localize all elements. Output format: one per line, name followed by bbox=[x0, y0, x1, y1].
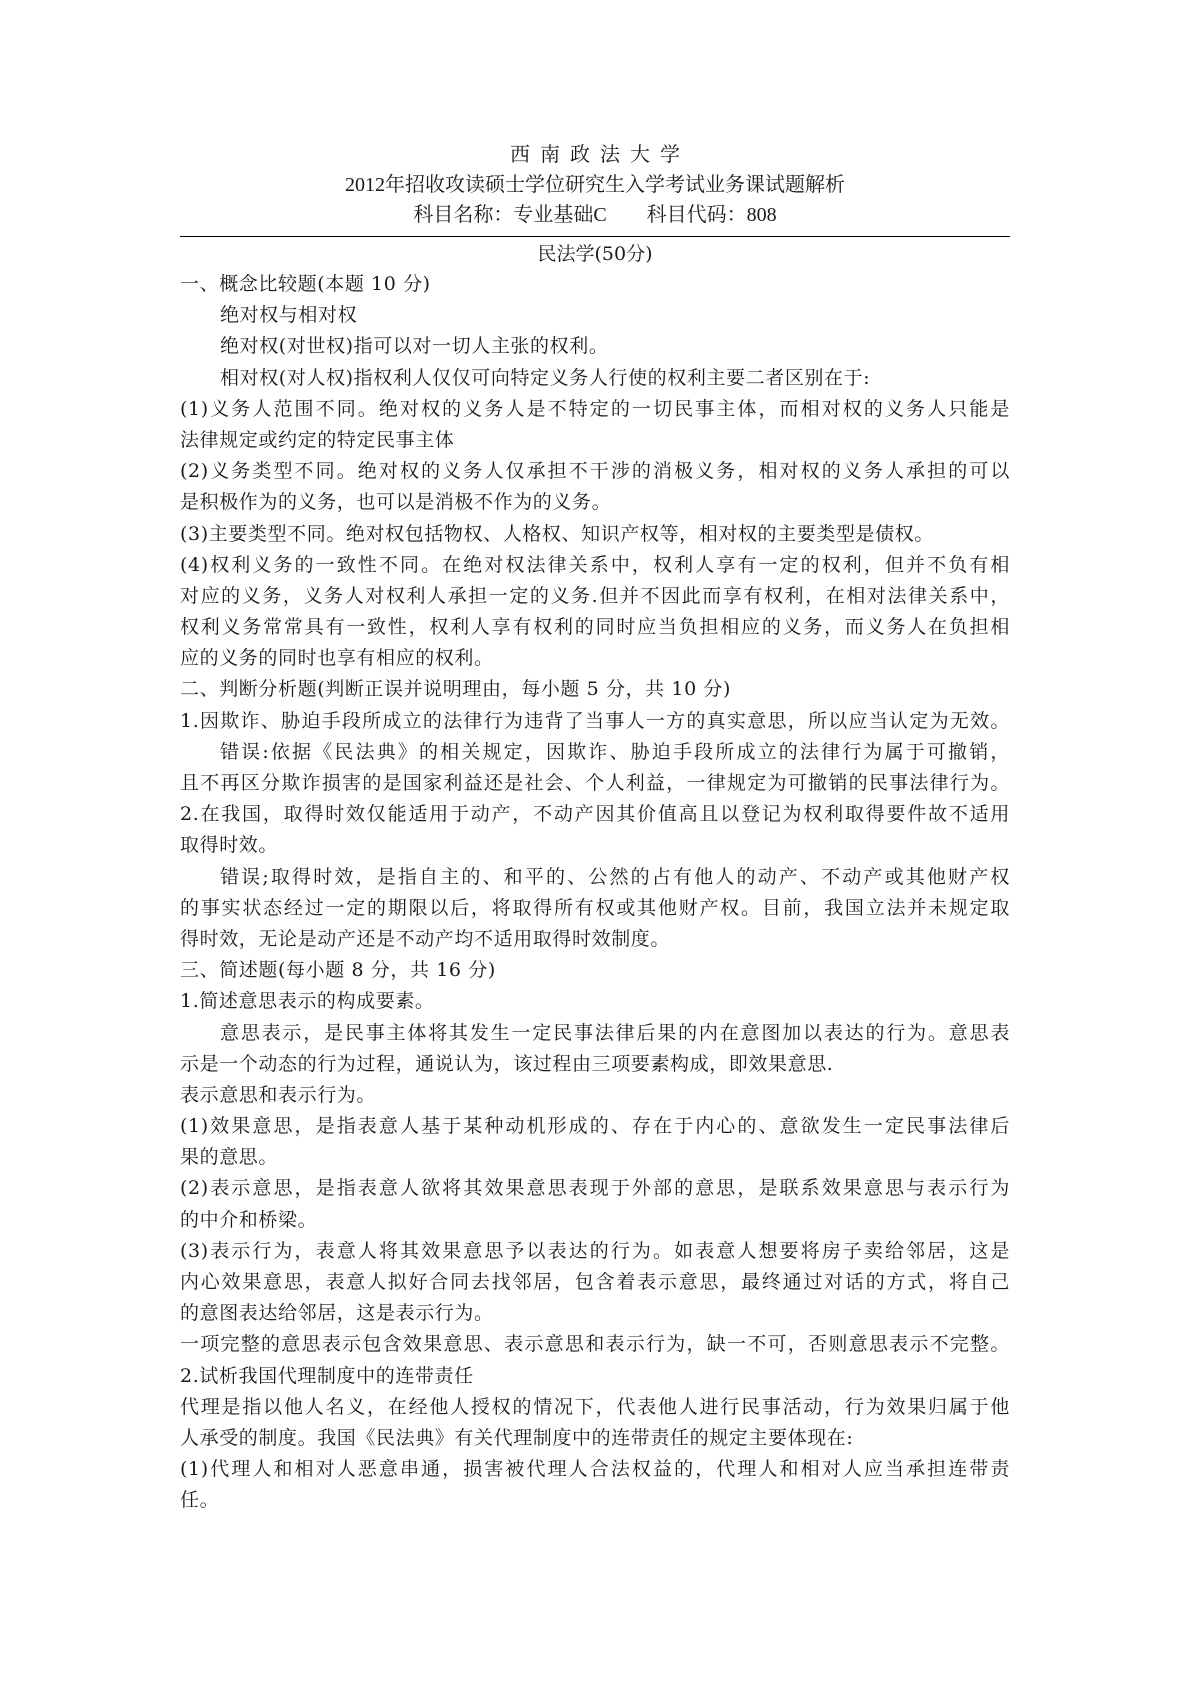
text-line: 一项完整的意思表示包含效果意思、表示意思和表示行为，缺一不可，否则意思表示不完整… bbox=[180, 1329, 1010, 1360]
text-line: 的中介和桥梁。 bbox=[180, 1205, 1010, 1236]
text-line: 错误:依据《民法典》的相关规定，因欺诈、胁迫手段所成立的法律行为属于可撤销， bbox=[180, 737, 1010, 768]
text-line: 1.简述意思表示的构成要素。 bbox=[180, 986, 1010, 1017]
document-page: 西南政法大学 2012年招收攻读硕士学位研究生入学考试业务课试题解析 科目名称：… bbox=[180, 140, 1010, 1517]
text-line: (4)权利义务的一致性不同。在绝对权法律关系中，权利人享有一定的权利，但并不负有… bbox=[180, 550, 1010, 581]
text-line: 相对权(对人权)指权利人仅仅可向特定义务人行使的权利主要二者区别在于: bbox=[180, 363, 1010, 394]
text-line: (1)义务人范围不同。绝对权的义务人是不特定的一切民事主体，而相对权的义务人只能… bbox=[180, 394, 1010, 425]
text-line: 一、概念比较题(本题 10 分) bbox=[180, 269, 1010, 300]
text-line: 绝对权与相对权 bbox=[180, 300, 1010, 331]
text-line: 二、判断分析题(判断正误并说明理由，每小题 5 分，共 10 分) bbox=[180, 674, 1010, 705]
text-line: 2.在我国，取得时效仅能适用于动产，不动产因其价值高且以登记为权利取得要件故不适… bbox=[180, 799, 1010, 830]
text-line: 人承受的制度。我国《民法典》有关代理制度中的连带责任的规定主要体现在: bbox=[180, 1423, 1010, 1454]
university-name: 西南政法大学 bbox=[180, 140, 1010, 170]
text-line: (2)义务类型不同。绝对权的义务人仅承担不干涉的消极义务，相对权的义务人承担的可… bbox=[180, 456, 1010, 487]
text-line: (1)代理人和相对人恶意串通，损害被代理人合法权益的，代理人和相对人应当承担连带… bbox=[180, 1454, 1010, 1485]
text-line: (3)表示行为，表意人将其效果意思予以表达的行为。如表意人想要将房子卖给邻居，这… bbox=[180, 1236, 1010, 1267]
text-line: 1.因欺诈、胁迫手段所成立的法律行为违背了当事人一方的真实意思，所以应当认定为无… bbox=[180, 706, 1010, 737]
text-line: 且不再区分欺诈损害的是国家利益还是社会、个人利益，一律规定为可撤销的民事法律行为… bbox=[180, 768, 1010, 799]
text-line: 果的意思。 bbox=[180, 1142, 1010, 1173]
subject-info: 科目名称：专业基础C科目代码：808 bbox=[180, 200, 1010, 230]
exam-title: 2012年招收攻读硕士学位研究生入学考试业务课试题解析 bbox=[180, 170, 1010, 200]
text-line: 是积极作为的义务，也可以是消极不作为的义务。 bbox=[180, 487, 1010, 518]
text-line: 任。 bbox=[180, 1485, 1010, 1516]
text-line: 内心效果意思，表意人拟好合同去找邻居，包含着表示意思，最终通过对话的方式，将自己 bbox=[180, 1267, 1010, 1298]
text-line: 2.试析我国代理制度中的连带责任 bbox=[180, 1361, 1010, 1392]
text-line: 取得时效。 bbox=[180, 830, 1010, 861]
document-body: 一、概念比较题(本题 10 分)绝对权与相对权绝对权(对世权)指可以对一切人主张… bbox=[180, 269, 1010, 1517]
text-line: 得时效，无论是动产还是不动产均不适用取得时效制度。 bbox=[180, 924, 1010, 955]
text-line: 意思表示，是民事主体将其发生一定民事法律后果的内在意图加以表达的行为。意思表 bbox=[180, 1018, 1010, 1049]
text-line: (2)表示意思，是指表意人欲将其效果意思表现于外部的意思，是联系效果意思与表示行… bbox=[180, 1173, 1010, 1204]
text-line: 三、简述题(每小题 8 分，共 16 分) bbox=[180, 955, 1010, 986]
text-line: 表示意思和表示行为。 bbox=[180, 1080, 1010, 1111]
text-line: 对应的义务，义务人对权利人承担一定的义务.但并不因此而享有权利，在相对法律关系中… bbox=[180, 581, 1010, 612]
text-line: 的意图表达给邻居，这是表示行为。 bbox=[180, 1298, 1010, 1329]
text-line: 权利义务常常具有一致性，权利人享有权利的同时应当负担相应的义务，而义务人在负担相 bbox=[180, 612, 1010, 643]
text-line: (1)效果意思，是指表意人基于某种动机形成的、存在于内心的、意欲发生一定民事法律… bbox=[180, 1111, 1010, 1142]
text-line: (3)主要类型不同。绝对权包括物权、人格权、知识产权等，相对权的主要类型是债权。 bbox=[180, 519, 1010, 550]
section-title: 民法学(50分) bbox=[180, 239, 1010, 269]
document-header: 西南政法大学 2012年招收攻读硕士学位研究生入学考试业务课试题解析 科目名称：… bbox=[180, 140, 1010, 230]
text-line: 绝对权(对世权)指可以对一切人主张的权利。 bbox=[180, 331, 1010, 362]
text-line: 法律规定或约定的特定民事主体 bbox=[180, 425, 1010, 456]
text-line: 错误;取得时效，是指自主的、和平的、公然的占有他人的动产、不动产或其他财产权 bbox=[180, 862, 1010, 893]
text-line: 应的义务的同时也享有相应的权利。 bbox=[180, 643, 1010, 674]
header-divider bbox=[180, 236, 1010, 237]
text-line: 代理是指以他人名义，在经他人授权的情况下，代表他人进行民事活动，行为效果归属于他 bbox=[180, 1392, 1010, 1423]
text-line: 的事实状态经过一定的期限以后，将取得所有权或其他财产权。目前，我国立法并未规定取 bbox=[180, 893, 1010, 924]
subject-name: 科目名称：专业基础C bbox=[413, 204, 606, 226]
subject-code: 科目代码：808 bbox=[647, 204, 777, 226]
text-line: 示是一个动态的行为过程，通说认为，该过程由三项要素构成，即效果意思. bbox=[180, 1049, 1010, 1080]
